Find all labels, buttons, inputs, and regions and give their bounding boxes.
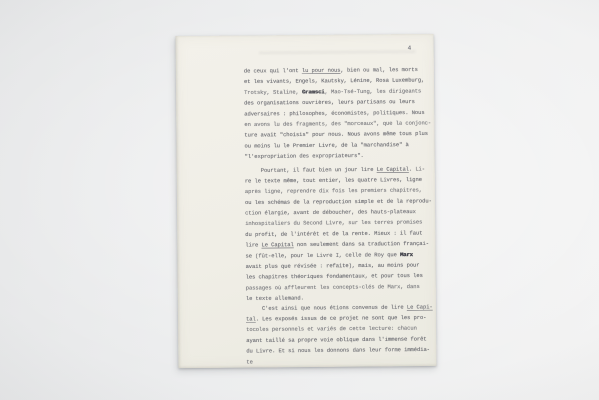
typed-line: tocoles personnels et variés de cette le… — [246, 324, 433, 336]
page-number: 4 — [408, 45, 412, 51]
text-segment: ou les schémas de la reproduction simple… — [245, 198, 432, 206]
manuscript-page: 4 de ceux qui l'ont lu pour nous, bien o… — [176, 34, 437, 368]
text-segment: non seulement dans sa traduction françai… — [294, 241, 429, 248]
typed-line: Trotsky, Staline, Gramsci, Mao-Tsé-Tung,… — [244, 86, 431, 98]
text-segment: du Livre. Et si nous les donnons dans le… — [246, 347, 430, 355]
typed-paragraph: de ceux qui l'ont lu pour nous, bien ou … — [244, 65, 432, 163]
text-segment: du profit, de l'intérêt et de la rente. … — [245, 230, 422, 238]
typed-line: te — [246, 356, 433, 368]
typed-line: se (fût-elle, pour le Livre I, celle de … — [245, 250, 432, 262]
text-segment: de ceux qui l'ont — [244, 68, 302, 75]
text-segment: te — [246, 359, 252, 365]
typed-text-block: de ceux qui l'ont lu pour nous, bien ou … — [244, 65, 434, 368]
text-segment: après ligne, reprendre dix fois les prem… — [245, 188, 422, 196]
text-segment: se (fût-elle, pour le Livre I, celle de … — [245, 252, 400, 259]
text-segment: et les vivants, Engels, Kautsky, Lénine,… — [244, 78, 424, 86]
overstruck-word: Gramsci — [302, 89, 325, 95]
text-segment: lire — [245, 243, 261, 249]
typed-line: Pourtant, il faut bien un jour lire Le C… — [245, 164, 432, 176]
typed-line: inhospitaliers du Second Livre, sur les … — [245, 218, 432, 230]
underlined-title-segment: lu pour nous — [302, 68, 341, 74]
text-segment: Pourtant, il faut bien un jour lire — [261, 167, 377, 174]
typed-paragraph: Pourtant, il faut bien un jour lire Le C… — [245, 164, 433, 305]
typed-paragraph: C'est ainsi que nous étions convenus de … — [246, 302, 434, 368]
text-segment: . Li- — [409, 166, 425, 172]
text-segment: "l'expropriation des expropriateurs". — [245, 153, 364, 160]
typed-line: de ceux qui l'ont lu pour nous, bien ou … — [244, 65, 431, 77]
text-segment: en avons lu des fragments, des "morceaux… — [244, 120, 431, 128]
text-segment: inhospitaliers du Second Livre, sur les … — [245, 220, 422, 228]
text-segment: des organisations ouvrières, leurs parti… — [244, 99, 415, 106]
overstruck-word: Marx — [400, 252, 413, 258]
typed-line: "l'expropriation des expropriateurs". — [245, 150, 432, 162]
text-segment: ture avait "choisis" pour nous. Nous avo… — [244, 131, 428, 139]
typed-line: après ligne, reprendre dix fois les prem… — [245, 186, 432, 198]
typed-line: C'est ainsi que nous étions convenus de … — [246, 302, 433, 314]
text-segment: avait plus que révisée : refaite), mais,… — [246, 263, 420, 271]
underlined-title-segment: tal — [246, 316, 256, 322]
erased-typed-line — [259, 50, 416, 54]
text-segment: . Les exposés issus de ce projet ne sont… — [256, 315, 427, 322]
text-segment: , Mao-Tsé-Tung, les dirigeants — [325, 88, 422, 95]
typed-line: en avons lu des fragments, des "morceaux… — [244, 118, 431, 130]
text-segment: ou moins lu le Premier Livre, de la "mar… — [244, 142, 408, 149]
text-segment: passages où affleurent les concepts-clés… — [246, 284, 420, 292]
text-segment: adversaires : philosophes, économistes, … — [244, 110, 424, 118]
text-segment: ayant taillé sa propre voie oblique dans… — [246, 336, 426, 344]
underlined-title-segment: Le Capital — [261, 242, 293, 248]
text-segment: les chapitres théoriques fondamentaux, e… — [246, 273, 423, 281]
text-segment: ction élargie, avant de déboucher, des h… — [245, 209, 416, 216]
text-segment: tocoles personnels et variés de cette le… — [246, 326, 417, 333]
underlined-title-segment: Le Capital — [377, 166, 409, 172]
text-segment: C'est ainsi que nous étions convenus de … — [262, 304, 407, 311]
underlined-title-segment: Le Capi- — [407, 304, 433, 310]
text-segment: Trotsky, Staline, — [244, 89, 302, 96]
text-segment: le texte allemand. — [246, 296, 304, 303]
text-segment: re le texte même, tout entier, les quatr… — [245, 177, 422, 185]
text-segment: , bien ou mal, les morts — [340, 67, 417, 74]
